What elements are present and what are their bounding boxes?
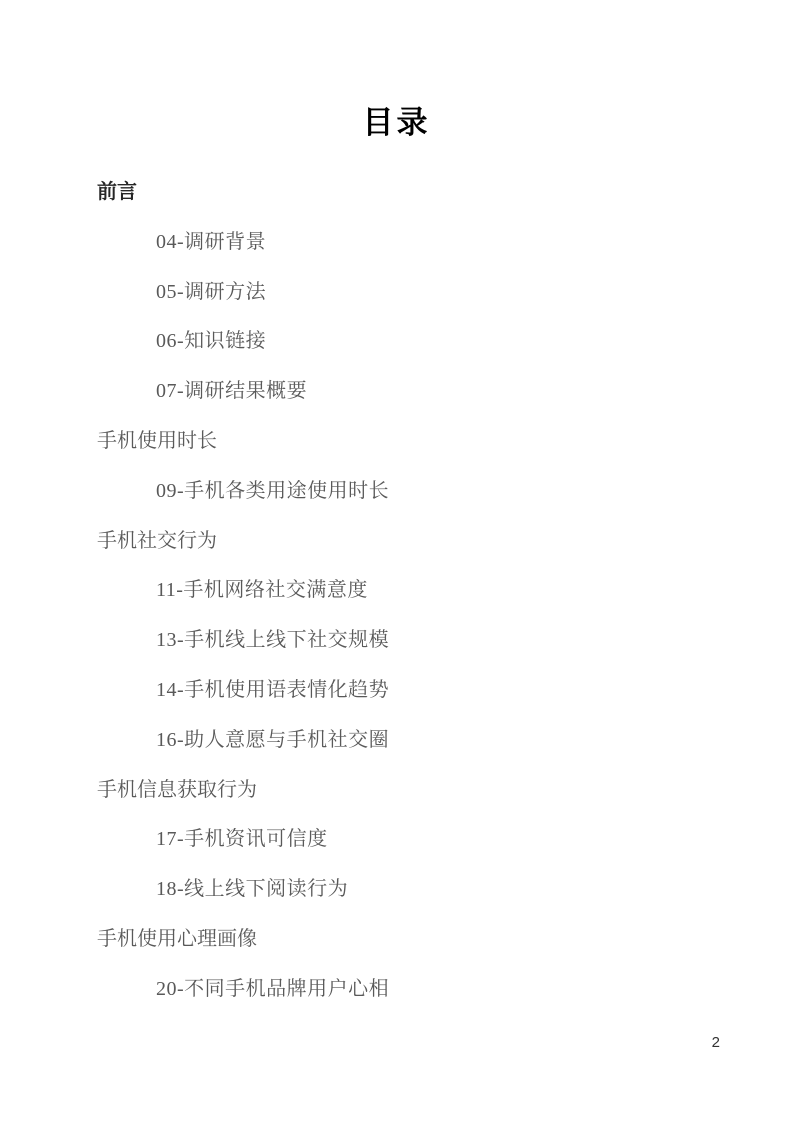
toc-section-information-behavior: 手机信息获取行为 [97,766,733,816]
toc-entry-knowledge-links[interactable]: 06-知识链接 [97,317,733,367]
toc-list: 前言 04-调研背景 05-调研方法 06-知识链接 07-调研结果概要 手机使… [97,168,733,1015]
toc-entry-research-method[interactable]: 05-调研方法 [97,268,733,318]
toc-section-psychological-profile: 手机使用心理画像 [97,915,733,965]
page-title: 目录 [0,101,793,145]
toc-entry-brand-user-profile[interactable]: 20-不同手机品牌用户心相 [97,965,733,1015]
toc-section-social-behavior: 手机社交行为 [97,517,733,567]
page-number: 2 [660,1033,720,1053]
toc-entry-helping-willingness[interactable]: 16-助人意愿与手机社交圈 [97,716,733,766]
toc-entry-emoji-trend[interactable]: 14-手机使用语表情化趋势 [97,666,733,716]
toc-page: 目录 前言 04-调研背景 05-调研方法 06-知识链接 07-调研结果概要 … [0,0,793,1122]
toc-entry-social-satisfaction[interactable]: 11-手机网络社交满意度 [97,566,733,616]
toc-entry-reading-behavior[interactable]: 18-线上线下阅读行为 [97,865,733,915]
toc-entry-online-offline-social-scale[interactable]: 13-手机线上线下社交规模 [97,616,733,666]
toc-section-preface: 前言 [97,168,733,218]
toc-section-usage-duration: 手机使用时长 [97,417,733,467]
toc-entry-research-summary[interactable]: 07-调研结果概要 [97,367,733,417]
toc-entry-news-credibility[interactable]: 17-手机资讯可信度 [97,815,733,865]
toc-entry-usage-duration-by-purpose[interactable]: 09-手机各类用途使用时长 [97,467,733,517]
toc-entry-research-background[interactable]: 04-调研背景 [97,218,733,268]
